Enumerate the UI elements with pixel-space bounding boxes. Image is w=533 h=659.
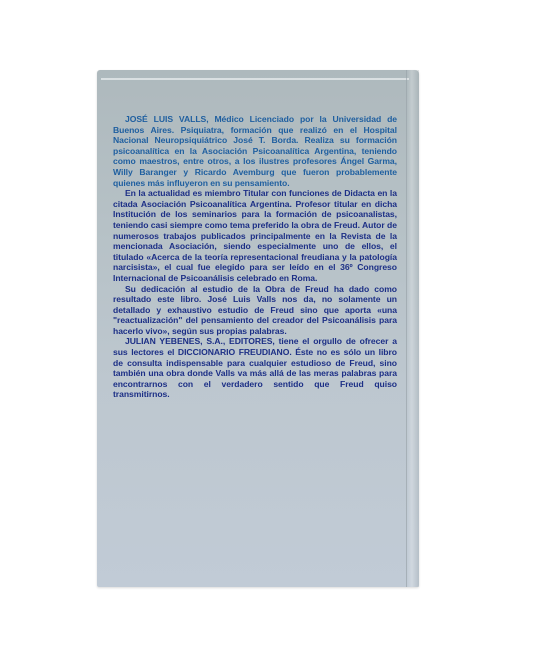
book-back-cover: JOSÉ LUIS VALLS, Médico Licenciado por l…: [97, 70, 419, 587]
author-bio-paragraph: JOSÉ LUIS VALLS, Médico Licenciado por l…: [113, 114, 397, 188]
career-paragraph: En la actualidad es miembro Titular con …: [113, 188, 397, 283]
book-description-paragraph: Su dedicación al estudio de la Obra de F…: [113, 284, 397, 337]
back-cover-text: JOSÉ LUIS VALLS, Médico Licenciado por l…: [113, 114, 397, 400]
publisher-paragraph: JULIAN YEBENES, S.A., EDITORES, tiene el…: [113, 336, 397, 400]
